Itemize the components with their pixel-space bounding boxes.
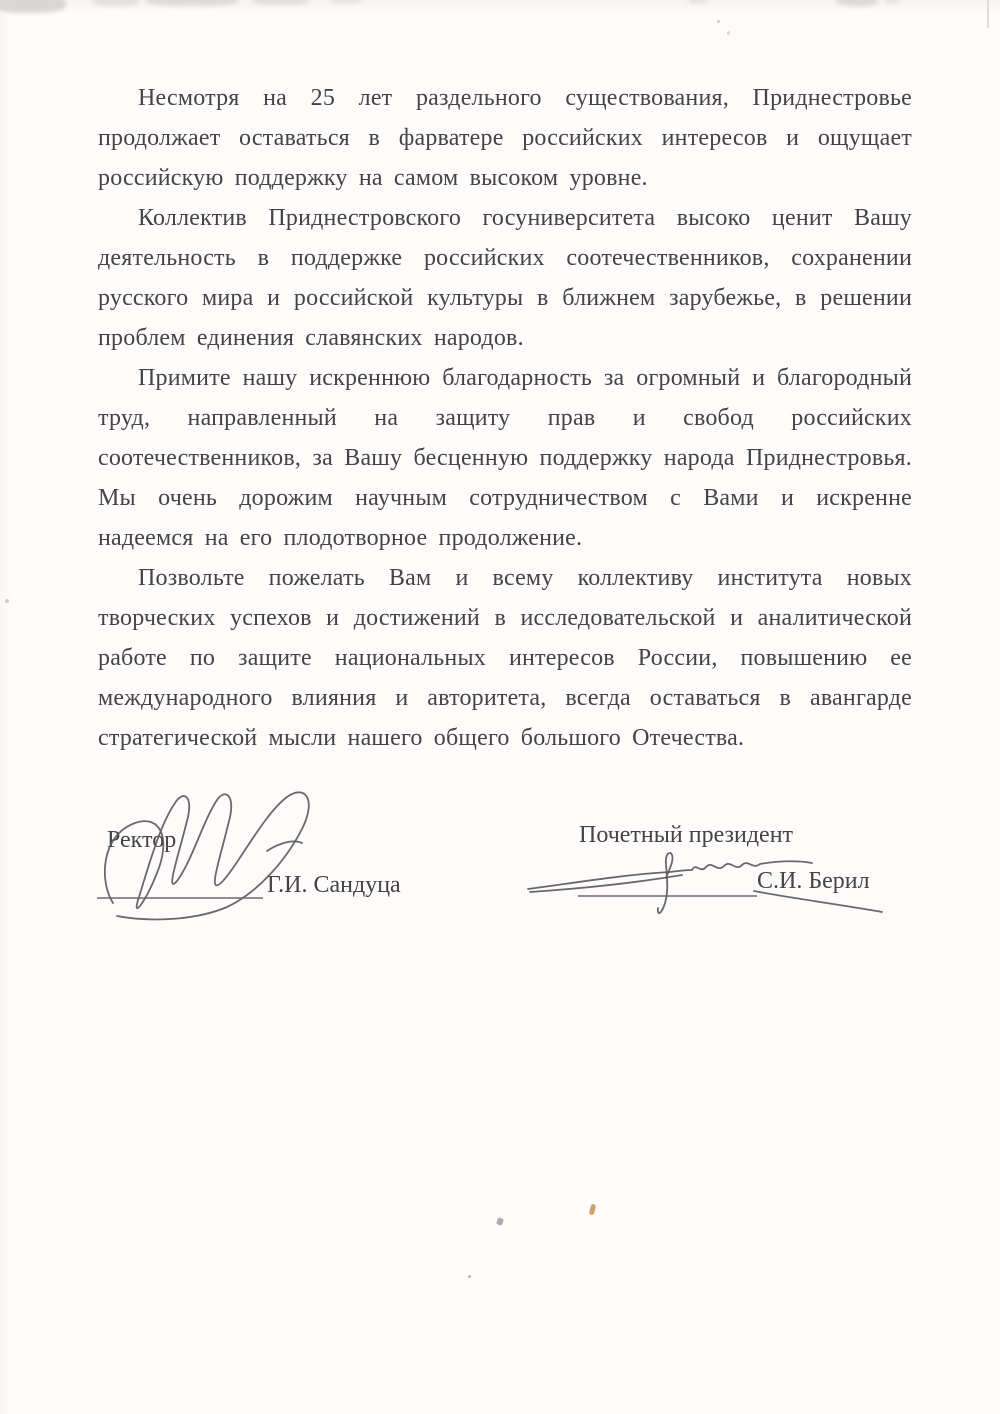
dust-speck (717, 20, 720, 23)
letter-paragraph: Примите нашу искреннюю благодарность за … (98, 358, 912, 558)
president-role-label: Почетный президент (579, 822, 793, 849)
president-signature-line (578, 895, 757, 897)
letter-paragraph: Несмотря на 25 лет раздельного существов… (98, 78, 912, 198)
letter-body: Несмотря на 25 лет раздельного существов… (98, 78, 912, 758)
scan-smudge (836, 0, 878, 6)
dust-speck (468, 1275, 471, 1278)
scan-smudge (884, 0, 900, 4)
scan-smudge (0, 0, 66, 13)
scanned-letter-page: Несмотря на 25 лет раздельного существов… (0, 0, 1000, 1414)
dust-speck (5, 599, 9, 603)
letter-paragraph: Коллектив Приднестровского госуниверсите… (98, 198, 912, 358)
scan-smudge (92, 0, 140, 6)
rector-signature-line (97, 897, 263, 899)
scan-smudge (146, 0, 238, 6)
scan-edge-line (987, 0, 989, 28)
dust-speck (589, 1204, 597, 1216)
scan-smudge (252, 0, 310, 5)
dust-speck (727, 31, 730, 35)
rector-name: Г.И. Сандуца (267, 872, 401, 899)
scan-smudge (688, 0, 708, 4)
president-name: С.И. Берил (757, 868, 870, 895)
rector-signature-ink (95, 783, 355, 933)
dust-speck (496, 1217, 504, 1226)
scan-smudge (330, 0, 362, 4)
letter-paragraph: Позвольте пожелать Вам и всему коллектив… (98, 558, 912, 758)
